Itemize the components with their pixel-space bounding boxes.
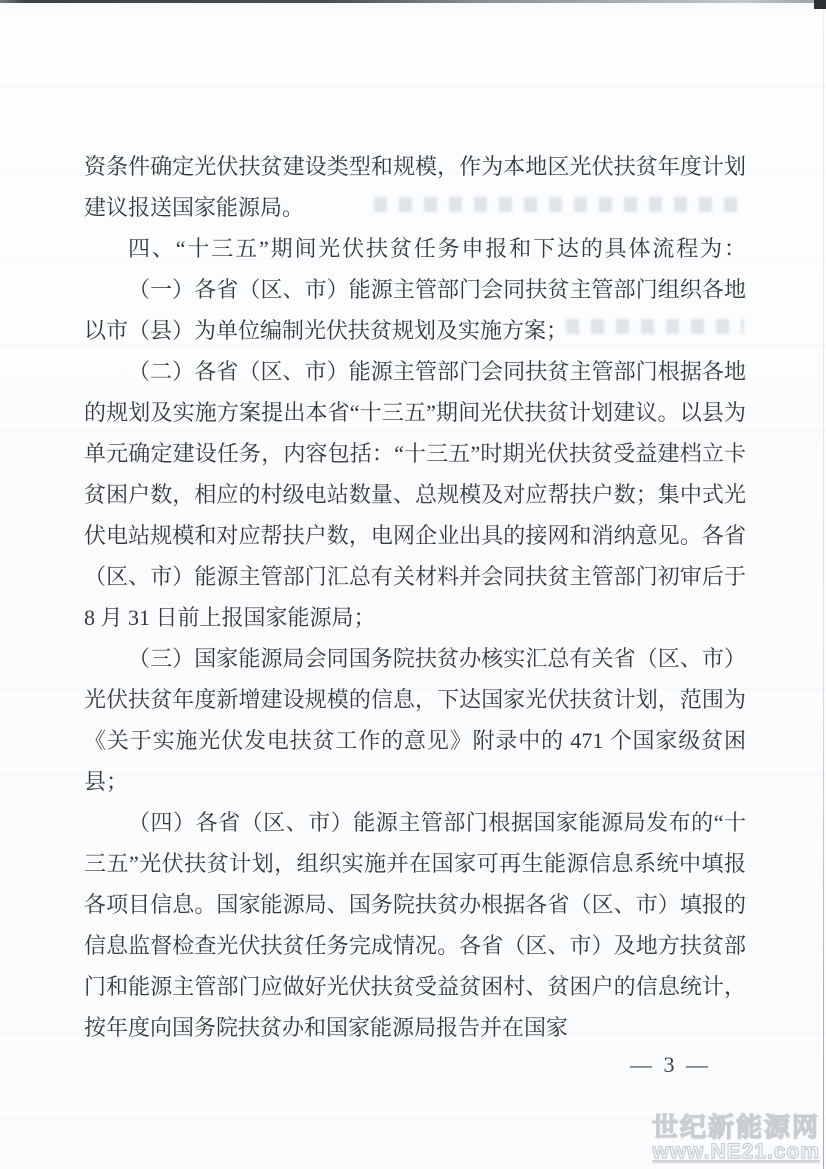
body-paragraph-item-3: （三）国家能源局会同国务院扶贫办核实汇总有关省（区、市）光伏扶贫年度新增建设规模… — [84, 638, 746, 802]
body-paragraph-continuation: 资条件确定光伏扶贫建设类型和规模，作为本地区光伏扶贫年度计划建议报送国家能源局。 — [84, 146, 746, 228]
watermark-site-url: www.NE21.com — [652, 1141, 820, 1163]
document-body: 资条件确定光伏扶贫建设类型和规模，作为本地区光伏扶贫年度计划建议报送国家能源局。… — [84, 146, 746, 1048]
section-heading: 四、“十三五”期间光伏扶贫任务申报和下达的具体流程为： — [84, 228, 746, 269]
page-number: — 3 — — [630, 1052, 711, 1078]
watermark-site-name: 世纪新能源网 — [652, 1114, 820, 1141]
document-page: 资条件确定光伏扶贫建设类型和规模，作为本地区光伏扶贫年度计划建议报送国家能源局。… — [0, 0, 826, 1169]
body-paragraph-item-4: （四）各省（区、市）能源主管部门根据国家能源局发布的“十三五”光伏扶贫计划，组织… — [84, 802, 746, 1048]
scan-artifact-top-edge — [0, 0, 826, 3]
body-paragraph-item-2: （二）各省（区、市）能源主管部门会同扶贫主管部门根据各地的规划及实施方案提出本省… — [84, 351, 746, 638]
watermark: 世纪新能源网 www.NE21.com — [652, 1114, 820, 1163]
body-paragraph-item-1: （一）各省（区、市）能源主管部门会同扶贫主管部门组织各地以市（县）为单位编制光伏… — [84, 269, 746, 351]
scan-artifact-right-edge — [823, 10, 824, 1169]
scan-artifact-corner-mark — [814, 0, 826, 9]
